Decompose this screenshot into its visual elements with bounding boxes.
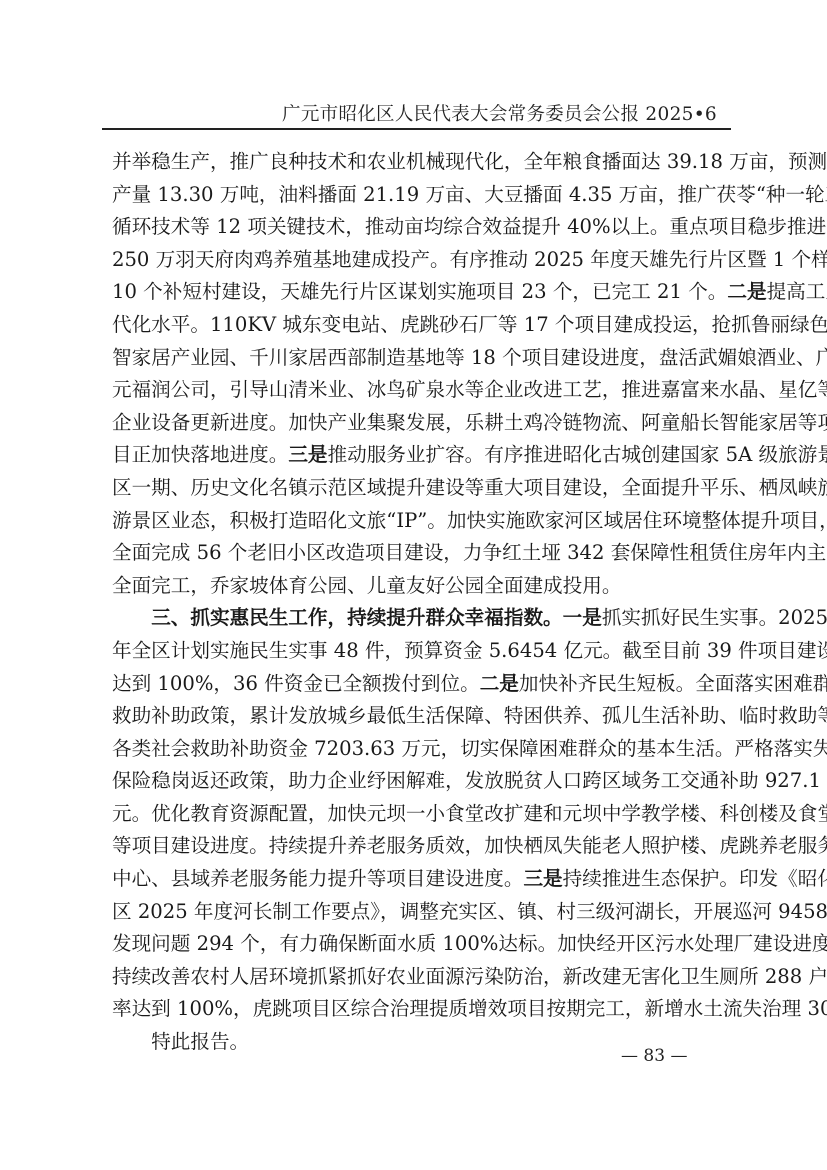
emphasis-label: 三是 [523, 867, 562, 890]
text-run: 250 万羽天府肉鸡养殖基地建成投产。有序推动 2025 年度天雄先行片区暨 1… [112, 248, 827, 271]
text-run: 率达到 100%，虎跳项目区综合治理提质增效项目按期完工，新增水土流失治理 30… [112, 997, 827, 1020]
text-run: 中心、县域养老服务能力提升等项目建设进度。 [112, 867, 523, 890]
text-run: 智家居产业园、千川家居西部制造基地等 18 个项目建设进度，盘活武媚娘酒业、广 [112, 346, 827, 369]
text-line: 各类社会救助补助资金 7203.63 万元，切实保障困难群众的基本生活。严格落实… [112, 733, 718, 766]
text-line: 游景区业态，积极打造昭化文旅“IP”。加快实施欧家河区域居住环境整体提升项目， [112, 505, 718, 538]
text-run: 加快补齐民生短板。全面落实困难群众 [519, 672, 827, 695]
text-run: 年全区计划实施民生实事 48 件，预算资金 5.6454 亿元。截至目前 39 … [112, 639, 827, 662]
paragraph-livelihood: 三、抓实惠民生工作，持续提升群众幸福指数。一是抓实抓好民生实事。2025年全区计… [112, 602, 718, 1026]
text-run: 全面完工，乔家坡体育公园、儿童友好公园全面建成投用。 [112, 574, 621, 597]
text-line: 元福润公司，引导山清米业、冰鸟矿泉水等企业改进工艺，推进嘉富来水晶、星亿等 [112, 374, 718, 407]
text-run: 10 个补短村建设，天雄先行片区谋划实施项目 23 个，已完工 21 个。 [112, 280, 727, 303]
text-line: 三、抓实惠民生工作，持续提升群众幸福指数。一是抓实抓好民生实事。2025 [112, 602, 718, 635]
text-line: 产量 13.30 万吨，油料播面 21.19 万亩、大豆播面 4.35 万亩，推… [112, 179, 718, 212]
text-run: 代化水平。110KV 城东变电站、虎跳砂石厂等 17 个项目建成投运，抢抓鲁丽绿… [112, 313, 827, 336]
text-run: 目正加快落地进度。 [112, 443, 288, 466]
text-run: 发现问题 294 个，有力确保断面水质 100%达标。加快经开区污水处理厂建设进… [112, 932, 827, 955]
text-run: 推动服务业扩容。有序推进昭化古城创建国家 5A 级旅游景 [328, 443, 827, 466]
emphasis-label: 二是 [480, 672, 519, 695]
text-line: 元。优化教育资源配置，加快元坝一小食堂改扩建和元坝中学教学楼、科创楼及食堂 [112, 798, 718, 831]
text-line: 目正加快落地进度。三是推动服务业扩容。有序推进昭化古城创建国家 5A 级旅游景 [112, 439, 718, 472]
text-line: 年全区计划实施民生实事 48 件，预算资金 5.6454 亿元。截至目前 39 … [112, 635, 718, 668]
text-run: 产量 13.30 万吨，油料播面 21.19 万亩、大豆播面 4.35 万亩，推… [112, 183, 827, 206]
text-line: 10 个补短村建设，天雄先行片区谋划实施项目 23 个，已完工 21 个。二是提… [112, 276, 718, 309]
page-number: — 83 — [621, 1046, 687, 1066]
text-run: 抓实抓好民生实事。2025 [602, 606, 827, 629]
text-run: 各类社会救助补助资金 7203.63 万元，切实保障困难群众的基本生活。严格落实… [112, 737, 827, 760]
emphasis-label: 三是 [288, 443, 327, 466]
text-run: 保险稳岗返还政策，助力企业纾困解难，发放脱贫人口跨区域务工交通补助 927.1 … [112, 769, 827, 792]
text-line: 发现问题 294 个，有力确保断面水质 100%达标。加快经开区污水处理厂建设进… [112, 928, 718, 961]
text-line: 智家居产业园、千川家居西部制造基地等 18 个项目建设进度，盘活武媚娘酒业、广 [112, 342, 718, 375]
text-run: 企业设备更新进度。加快产业集聚发展，乐耕土鸡冷链物流、阿童船长智能家居等项 [112, 411, 827, 434]
text-run: 持续改善农村人居环境抓紧抓好农业面源污染防治，新改建无害化卫生厕所 288 户、… [112, 965, 827, 988]
text-line: 250 万羽天府肉鸡养殖基地建成投产。有序推动 2025 年度天雄先行片区暨 1… [112, 244, 718, 277]
text-line: 中心、县域养老服务能力提升等项目建设进度。三是持续推进生态保护。印发《昭化 [112, 863, 718, 896]
text-run: 循环技术等 12 项关键技术，推动亩均综合效益提升 40%以上。重点项目稳步推进… [112, 215, 827, 238]
text-line: 代化水平。110KV 城东变电站、虎跳砂石厂等 17 个项目建成投运，抢抓鲁丽绿… [112, 309, 718, 342]
text-line: 并举稳生产，推广良种技术和农业机械现代化，全年粮食播面达 39.18 万亩，预测… [112, 146, 718, 179]
emphasis-label: 二是 [727, 280, 766, 303]
document-body: 并举稳生产，推广良种技术和农业机械现代化，全年粮食播面达 39.18 万亩，预测… [112, 146, 718, 1059]
text-run: 区一期、历史文化名镇示范区域提升建设等重大项目建设，全面提升平乐、栖凤峡旅 [112, 476, 827, 499]
text-line: 持续改善农村人居环境抓紧抓好农业面源污染防治，新改建无害化卫生厕所 288 户、… [112, 961, 718, 994]
text-line: 率达到 100%，虎跳项目区综合治理提质增效项目按期完工，新增水土流失治理 30… [112, 993, 718, 1026]
text-run: 并举稳生产，推广良种技术和农业机械现代化，全年粮食播面达 39.18 万亩，预测… [112, 150, 827, 173]
text-line: 循环技术等 12 项关键技术，推动亩均综合效益提升 40%以上。重点项目稳步推进… [112, 211, 718, 244]
text-run: 持续推进生态保护。印发《昭化 [563, 867, 827, 890]
text-line: 等项目建设进度。持续提升养老服务质效，加快栖凤失能老人照护楼、虎跳养老服务 [112, 830, 718, 863]
text-run: 游景区业态，积极打造昭化文旅“IP”。加快实施欧家河区域居住环境整体提升项目， [112, 509, 827, 532]
text-run: 区 2025 年度河长制工作要点》，调整充实区、镇、村三级河湖长，开展巡河 94… [112, 900, 827, 923]
text-run: 达到 100%，36 件资金已全额拨付到位。 [112, 672, 480, 695]
text-line: 达到 100%，36 件资金已全额拨付到位。二是加快补齐民生短板。全面落实困难群… [112, 668, 718, 701]
text-line: 区一期、历史文化名镇示范区域提升建设等重大项目建设，全面提升平乐、栖凤峡旅 [112, 472, 718, 505]
text-line: 全面完成 56 个老旧小区改造项目建设，力争红土垭 342 套保障性租赁住房年内… [112, 537, 718, 570]
paragraph-agriculture-industry-services: 并举稳生产，推广良种技术和农业机械现代化，全年粮食播面达 39.18 万亩，预测… [112, 146, 718, 602]
page-header: 广元市昭化区人民代表大会常务委员会公报 2025•6 [102, 96, 731, 130]
emphasis-label: 一是 [563, 606, 602, 629]
text-line: 救助补助政策，累计发放城乡最低生活保障、特困供养、孤儿生活补助、临时救助等 [112, 700, 718, 733]
text-run: 元福润公司，引导山清米业、冰鸟矿泉水等企业改进工艺，推进嘉富来水晶、星亿等 [112, 378, 827, 401]
text-run: 全面完成 56 个老旧小区改造项目建设，力争红土垭 342 套保障性租赁住房年内… [112, 541, 827, 564]
text-run: 等项目建设进度。持续提升养老服务质效，加快栖凤失能老人照护楼、虎跳养老服务 [112, 834, 827, 857]
bulletin-title: 广元市昭化区人民代表大会常务委员会公报 2025•6 [282, 100, 717, 126]
text-run: 元。优化教育资源配置，加快元坝一小食堂改扩建和元坝中学教学楼、科创楼及食堂 [112, 802, 827, 825]
text-run: 救助补助政策，累计发放城乡最低生活保障、特困供养、孤儿生活补助、临时救助等 [112, 704, 827, 727]
text-line: 企业设备更新进度。加快产业集聚发展，乐耕土鸡冷链物流、阿童船长智能家居等项 [112, 407, 718, 440]
section-heading: 三、抓实惠民生工作，持续提升群众幸福指数。 [151, 606, 562, 629]
text-line: 区 2025 年度河长制工作要点》，调整充实区、镇、村三级河湖长，开展巡河 94… [112, 896, 718, 929]
text-run: 提高工业现 [767, 280, 827, 303]
text-line: 全面完工，乔家坡体育公园、儿童友好公园全面建成投用。 [112, 570, 718, 603]
text-line: 保险稳岗返还政策，助力企业纾困解难，发放脱贫人口跨区域务工交通补助 927.1 … [112, 765, 718, 798]
